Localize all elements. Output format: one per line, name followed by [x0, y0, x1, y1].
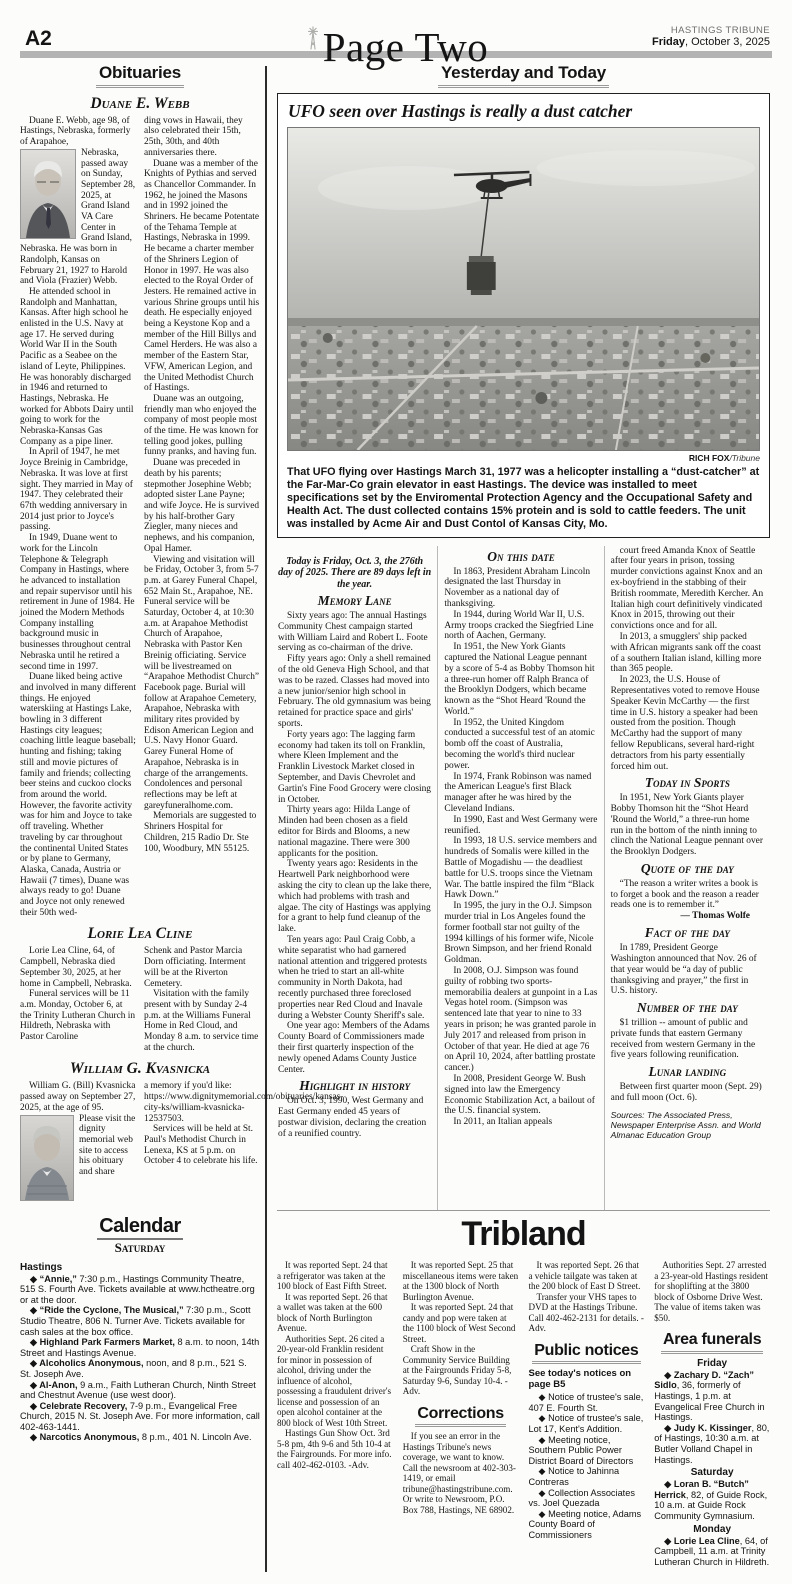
obituary-paragraph: Duane was an outgoing, friendly man who … [144, 394, 260, 458]
number-of-the-day-header: Number of the day [611, 1001, 764, 1016]
funeral-item: ◆ Loran B. “Butch” Herrick, 82, of Guide… [654, 1479, 770, 1521]
obituary-paragraph: In April of 1947, he met Joyce Breinig i… [20, 447, 136, 533]
funerals-monday-list: ◆ Lorie Lea Cline, 64, of Campbell, 11 a… [654, 1536, 770, 1568]
on-this-date-paragraphs: In 1863, President Abraham Lincoln desig… [444, 567, 597, 1128]
obituary-paragraph: a memory if you'd like: https://www.dign… [144, 1081, 260, 1124]
funeral-day-friday: Friday [654, 1358, 770, 1370]
sports-paragraph: In 1951, New York Giants player Bobby Th… [611, 793, 764, 858]
notice-item: ◆ Meeting notice, Southern Public Power … [529, 1435, 645, 1467]
calendar-item: ◆ Narcotics Anonymous, 8 p.m., 401 N. Li… [20, 1432, 260, 1443]
obituaries-section: Obituaries Duane E. Webb Duane E. Webb, … [20, 64, 260, 1443]
memory-lane-column: Today is Friday, Oct. 3, the 276th day o… [277, 546, 437, 1210]
calendar-item: ◆ Highland Park Farmers Market, 8 a.m. t… [20, 1337, 260, 1358]
memory-lane-paragraph: Ten years ago: Paul Craig Cobb, a white … [278, 935, 431, 1021]
obituary-paragraph: Lorie Lea Cline, 64, of Campbell, Nebras… [20, 946, 136, 989]
notice-item: ◆ Meeting notice, Adams County Board of … [529, 1509, 645, 1541]
obituary-paragraph: Services will be held at St. Paul's Meth… [144, 1124, 260, 1167]
public-notices-intro: See today's notices on page B5 [529, 1368, 645, 1390]
number-paragraphs: $1 trillion -- amount of public and priv… [611, 1018, 764, 1061]
quote-of-the-day-header: Quote of the day [611, 862, 764, 877]
daily-features-column: court freed Amanda Knox of Seattle after… [604, 546, 770, 1210]
notice-item: ◆ Notice of trustee's sale, 407 E. Fourt… [529, 1392, 645, 1413]
on-this-date-paragraph: In 2008, O.J. Simpson was found guilty o… [444, 966, 597, 1074]
memory-lane-paragraph: Sixty years ago: The annual Hastings Com… [278, 611, 431, 654]
tribland-column-1: It was reported Sept. 24 that a refriger… [277, 1260, 393, 1567]
obituary-paragraph: William G. (Bill) Kvasnicka passed away … [20, 1081, 136, 1113]
memory-lane-paragraph: One year ago: Members of the Adams Count… [278, 1021, 431, 1075]
lunar-paragraph: Between first quarter moon (Sept. 29) an… [611, 1082, 764, 1104]
masthead-right: HASTINGS TRIBUNE Friday, October 3, 2025 [652, 25, 770, 48]
on-this-date-paragraph: In 1990, East and West Germany were reun… [444, 815, 597, 837]
obituary-paragraph: Duane liked being active and involved in… [20, 672, 136, 918]
memory-lane-paragraph: Thirty years ago: Hilda Lange of Minden … [278, 805, 431, 859]
memory-lane-paragraphs: Sixty years ago: The annual Hastings Com… [278, 611, 431, 1075]
public-notices-list: ◆ Notice of trustee's sale, 407 E. Fourt… [529, 1392, 645, 1540]
obituary-paragraph: In 1949, Duane went to work for the Linc… [20, 533, 136, 672]
funerals-saturday-list: ◆ Loran B. “Butch” Herrick, 82, of Guide… [654, 1479, 770, 1521]
webb-portrait-photo [20, 149, 76, 239]
tribland-col4-items: Authorities Sept. 27 arrested a 23-year-… [654, 1260, 770, 1323]
on-this-date-header: On this date [444, 550, 597, 565]
sources-note: Sources: The Associated Press, Newspaper… [611, 1110, 764, 1140]
funeral-item: ◆ Judy K. Kissinger, 80, of Hastings, 10… [654, 1423, 770, 1465]
on-this-date-paragraph: In 2023, the U.S. House of Representativ… [611, 675, 764, 772]
on-this-date-paragraph: In 1952, the United Kingdom conducted a … [444, 718, 597, 772]
fact-of-the-day-header: Fact of the day [611, 926, 764, 941]
highlight-paragraphs: On Oct. 3, 1990, West Germany and East G… [278, 1096, 431, 1139]
today-in-sports-header: Today in Sports [611, 776, 764, 791]
public-notices-header: Public notices [532, 1343, 640, 1365]
obituary-paragraph: Visitation with the family present with … [144, 989, 260, 1053]
calendar-item: ◆ “Ride the Cyclone, The Musical,” 7:30 … [20, 1305, 260, 1337]
on-this-date-paragraph: In 1944, during World War II, U.S. Army … [444, 610, 597, 642]
on-this-date-paragraph: In 1974, Frank Robinson was named the Am… [444, 772, 597, 815]
on-this-date-paragraph: In 2013, a smugglers' ship packed with A… [611, 632, 764, 675]
tribland-paragraph: Craft Show in the Community Service Buil… [403, 1344, 519, 1397]
obituary-name-cline: Lorie Lea Cline [20, 925, 260, 943]
fact-paragraph: In 1789, President George Washington ann… [611, 943, 764, 997]
lunar-landing-header: Lunar landing [611, 1065, 764, 1080]
area-funerals-header: Area funerals [661, 1332, 763, 1354]
calendar-header: Calendar [20, 1216, 260, 1240]
on-this-date-paragraph: court freed Amanda Knox of Seattle after… [611, 546, 764, 632]
obituary-paragraph: Funeral services will be 11 a.m. Monday,… [20, 989, 136, 1043]
tribland-paragraph: It was reported Sept. 26 that a vehicle … [529, 1260, 645, 1292]
obituary-paragraph: Duane was preceded in death by his paren… [144, 458, 260, 554]
obituary-paragraph: Duane was a member of the Knights of Pyt… [144, 159, 260, 394]
obituary-paragraph: ding vows in Hawaii, they also celebrate… [144, 116, 260, 159]
kvasnicka-column-2: a memory if you'd like: https://www.dign… [144, 1081, 260, 1202]
obituaries-header: Obituaries [96, 64, 184, 88]
obituary-paragraph: Schenk and Pastor Marcia Dorn officiatin… [144, 946, 260, 989]
corrections-paragraph: If you see an error in the Hastings Trib… [403, 1431, 519, 1515]
corrections-header: Corrections [415, 1406, 506, 1428]
calendar-item: ◆ Alcoholics Anonymous, noon, and 8 p.m.… [20, 1358, 260, 1379]
on-this-date-paragraph: In 2011, an Italian appeals [444, 1117, 597, 1128]
ufo-caption: That UFO flying over Hastings March 31, … [287, 466, 760, 531]
memory-lane-paragraph: Forty years ago: The lagging farm econom… [278, 730, 431, 806]
today-in-sports-paragraphs: In 1951, New York Giants player Bobby Th… [611, 793, 764, 858]
paper-name: HASTINGS TRIBUNE [652, 25, 770, 36]
tribland-column-2: It was reported Sept. 25 that miscellane… [403, 1260, 519, 1567]
obituary-kvasnicka-body: William G. (Bill) Kvasnicka passed away … [20, 1081, 260, 1202]
yesterday-columns: Today is Friday, Oct. 3, the 276th day o… [277, 546, 770, 1210]
calendar-item: ◆ Al-Anon, 9 a.m., Faith Lutheran Church… [20, 1380, 260, 1401]
number-paragraph: $1 trillion -- amount of public and priv… [611, 1018, 764, 1061]
tribland-col2-items: It was reported Sept. 25 that miscellane… [403, 1260, 519, 1397]
obituary-paragraph: Duane E. Webb, age 98, of Hastings, Nebr… [20, 116, 136, 148]
memory-lane-paragraph: Fifty years ago: Only a shell remained o… [278, 654, 431, 730]
calendar-item: ◆ Celebrate Recovery, 7-9 p.m., Evangeli… [20, 1401, 260, 1433]
tribland-paragraph: It was reported Sept. 24 that a refriger… [277, 1260, 393, 1292]
ufo-aerial-photo [287, 127, 760, 451]
tribland-section: Tribland It was reported Sept. 24 that a… [277, 1210, 770, 1567]
obituary-paragraph: Memorials are suggested to Shriners Hosp… [144, 811, 260, 854]
funeral-item: ◆ Lorie Lea Cline, 64, of Campbell, 11 a… [654, 1536, 770, 1568]
tribland-column-3: It was reported Sept. 26 that a vehicle … [529, 1260, 645, 1567]
calendar-items: ◆ “Annie,” 7:30 p.m., Hastings Community… [20, 1274, 260, 1444]
quote-text: “The reason a writer writes a book is to… [611, 879, 764, 911]
ufo-headline: UFO seen over Hastings is really a dust … [288, 101, 760, 122]
funeral-item: ◆ Zachary D. “Zach” Sidlo, 36, formerly … [654, 1370, 770, 1423]
calendar-day-label: Saturday [100, 1240, 180, 1256]
memory-lane-header: Memory Lane [278, 594, 431, 609]
obituary-name-webb: Duane E. Webb [20, 95, 260, 113]
yesterday-and-today-section: Yesterday and Today UFO seen over Hastin… [277, 64, 770, 1210]
quote-attribution: — Thomas Wolfe [611, 911, 764, 922]
cline-column-1: Lorie Lea Cline, 64, of Campbell, Nebras… [20, 946, 136, 1053]
on-this-date-column: On this date In 1863, President Abraham … [437, 546, 603, 1210]
funeral-day-saturday: Saturday [654, 1467, 770, 1479]
corrections-body: If you see an error in the Hastings Trib… [403, 1431, 519, 1515]
obituary-cline-body: Lorie Lea Cline, 64, of Campbell, Nebras… [20, 946, 260, 1053]
yesterday-today-header: Yesterday and Today [438, 64, 609, 88]
lunar-paragraphs: Between first quarter moon (Sept. 29) an… [611, 1082, 764, 1104]
issue-date: Friday, October 3, 2025 [652, 36, 770, 48]
windmill-icon [304, 13, 322, 61]
obituary-webb-body: Duane E. Webb, age 98, of Hastings, Nebr… [20, 116, 260, 919]
cline-column-2: Schenk and Pastor Marcia Dorn officiatin… [144, 946, 260, 1053]
webb-column-2: ding vows in Hawaii, they also celebrate… [144, 116, 260, 919]
tribland-paragraph: Authorities Sept. 26 cited a 20-year-old… [277, 1334, 393, 1429]
on-this-date-paragraph: In 1993, 18 U.S. service members and hun… [444, 836, 597, 901]
kvasnicka-portrait-photo [20, 1115, 74, 1201]
obituary-paragraph: He attended school in Randolph and Manha… [20, 287, 136, 448]
notice-item: ◆ Collection Associates vs. Joel Quezada [529, 1488, 645, 1509]
tribland-col1-items: It was reported Sept. 24 that a refriger… [277, 1260, 393, 1470]
tribland-columns: It was reported Sept. 24 that a refriger… [277, 1260, 770, 1567]
notice-item: ◆ Notice to Jahinna Contreras [529, 1466, 645, 1487]
on-this-date-paragraph: In 1995, the jury in the O.J. Simpson mu… [444, 901, 597, 966]
funerals-friday-list: ◆ Zachary D. “Zach” Sidlo, 36, formerly … [654, 1370, 770, 1465]
main-column-rule [265, 66, 267, 1572]
on-this-date-paragraph: In 1951, the New York Giants captured th… [444, 642, 597, 718]
obituary-paragraph: Viewing and visitation will be Friday, O… [144, 555, 260, 812]
on-this-date-continuation: court freed Amanda Knox of Seattle after… [611, 546, 764, 773]
memory-lane-paragraph: Twenty years ago: Residents in the Heart… [278, 859, 431, 935]
tribland-paragraph: It was reported Sept. 26 that a wallet w… [277, 1292, 393, 1334]
tribland-paragraph: Hastings Gun Show Oct. 3rd 5-8 pm, 4th 9… [277, 1428, 393, 1470]
on-this-date-paragraph: In 1863, President Abraham Lincoln desig… [444, 567, 597, 610]
today-is-note: Today is Friday, Oct. 3, the 276th day o… [278, 556, 431, 591]
tribland-col3-items: It was reported Sept. 26 that a vehicle … [529, 1260, 645, 1334]
tribland-header: Tribland [277, 1217, 770, 1251]
obituary-name-kvasnicka: William G. Kvasnicka [20, 1060, 260, 1078]
webb-column-1: Nebraska, passed away on Sunday, Septemb… [20, 148, 136, 919]
photo-credit: RICH FOX/Tribune [287, 453, 760, 463]
calendar-city-label: Hastings [20, 1262, 260, 1273]
calendar-item: ◆ “Annie,” 7:30 p.m., Hastings Community… [20, 1274, 260, 1306]
tribland-paragraph: It was reported Sept. 25 that miscellane… [403, 1260, 519, 1302]
highlight-in-history-header: Highlight in history [278, 1079, 431, 1094]
on-this-date-paragraph: In 2008, President George W. Bush signed… [444, 1074, 597, 1117]
tribland-paragraph: Authorities Sept. 27 arrested a 23-year-… [654, 1260, 770, 1323]
highlight-paragraph: On Oct. 3, 1990, West Germany and East G… [278, 1096, 431, 1139]
ufo-story-box: UFO seen over Hastings is really a dust … [277, 93, 770, 538]
calendar-section: Calendar Saturday Hastings ◆ “Annie,” 7:… [20, 1216, 260, 1444]
dust-catcher-load [467, 256, 496, 295]
fact-paragraphs: In 1789, President George Washington ann… [611, 943, 764, 997]
funeral-day-monday: Monday [654, 1524, 770, 1536]
tribland-paragraph: Transfer your VHS tapes to DVD at the Ha… [529, 1292, 645, 1334]
tribland-paragraph: It was reported Sept. 24 that candy and … [403, 1302, 519, 1344]
notice-item: ◆ Notice of trustee's sale, Lot 17, Kent… [529, 1413, 645, 1434]
tribland-column-4: Authorities Sept. 27 arrested a 23-year-… [654, 1260, 770, 1567]
